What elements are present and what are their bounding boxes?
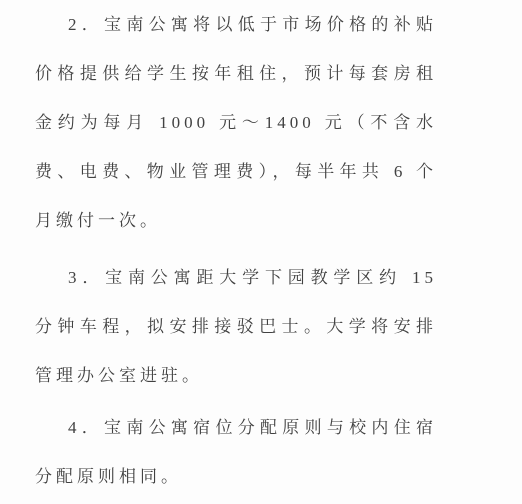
text-line: 月缴付一次。 [35,196,437,245]
text-line: 3．宝南公寓距大学下园教学区约 15 [35,253,437,302]
text-line: 分钟车程，拟安排接驳巴士。大学将安排 [35,302,437,351]
text-line: 金约为每月 1000 元～1400 元（不含水 [35,98,437,147]
text-line: 费、电费、物业管理费），每半年共 6 个 [35,147,437,196]
text-line: 价格提供给学生按年租住，预计每套房租 [35,49,437,98]
text-line: 分配原则相同。 [35,452,437,501]
paragraph-2: 2．宝南公寓将以低于市场价格的补贴 价格提供给学生按年租住，预计每套房租 金约为… [35,0,437,245]
document-page: 2．宝南公寓将以低于市场价格的补贴 价格提供给学生按年租住，预计每套房租 金约为… [0,0,522,504]
text-line: 管理办公室进驻。 [35,351,437,400]
text-line: 4．宝南公寓宿位分配原则与校内住宿 [35,403,437,452]
text-line: 2．宝南公寓将以低于市场价格的补贴 [35,0,437,49]
paragraph-4: 4．宝南公寓宿位分配原则与校内住宿 分配原则相同。 [35,403,437,501]
paragraph-3: 3．宝南公寓距大学下园教学区约 15 分钟车程，拟安排接驳巴士。大学将安排 管理… [35,253,437,400]
